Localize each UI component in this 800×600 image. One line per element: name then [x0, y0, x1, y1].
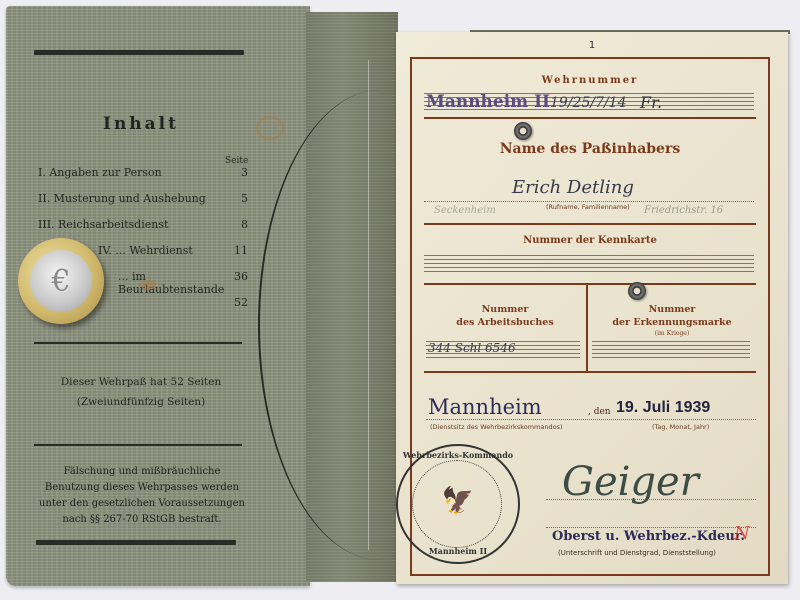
fold-line — [368, 60, 369, 550]
bottom-rule — [36, 540, 236, 545]
top-rule — [34, 50, 244, 55]
rank-caption: (Unterschrift und Dienstgrad, Dienststel… — [558, 549, 716, 557]
divider — [424, 371, 756, 373]
stain — [256, 116, 284, 140]
divider — [424, 117, 756, 119]
seite-label: Seite — [225, 156, 248, 166]
eyelet — [514, 122, 532, 140]
warning-text: Fälschung und mißbräuchliche Benutzung d… — [38, 464, 246, 528]
wehrnummer-value: 19/25/7/14 — [550, 95, 627, 111]
arbeitsbuch-value: 344 Schl 6546 — [428, 341, 516, 355]
dotted-line — [546, 527, 756, 528]
toc-title: Inhalt — [6, 114, 276, 134]
divider — [424, 223, 756, 225]
erkennungsmarke-lines — [592, 341, 750, 361]
red-mark: N — [734, 523, 750, 544]
place-caption: (Dienstsitz des Wehrbezirkskommandos) — [430, 423, 563, 431]
toc-item: I. Angaben zur Person 3 — [38, 166, 248, 179]
pages-note-words: (Zweiundfünfzig Seiten) — [6, 396, 276, 408]
pages-note: Dieser Wehrpaß hat 52 Seiten — [6, 376, 276, 388]
euro-coin: € — [18, 238, 104, 324]
faint-text: Friedrichstr. 16 — [644, 205, 723, 216]
name-caption: (Rufname, Familienname) — [546, 203, 630, 211]
seal-text-bottom: Mannheim II — [398, 546, 518, 556]
toc-item: II. Musterung und Aushebung 5 — [38, 192, 248, 205]
erkennungsmarke-label: Nummer der Erkennungsmarke (im Kriege) — [588, 303, 756, 338]
eagle-icon: € — [30, 250, 92, 312]
kennkarte-label: Nummer der Kennkarte — [412, 235, 768, 246]
divider — [34, 444, 242, 446]
arbeitsbuch-label: Nummer des Arbeitsbuches — [424, 303, 586, 329]
date-caption: (Tag, Monat, Jahr) — [652, 423, 709, 431]
eyelet — [628, 282, 646, 300]
wehrnummer-stamp: Mannheim II — [426, 92, 550, 112]
date-value: 19. Juli 1939 — [616, 399, 710, 417]
rank-value: Oberst u. Wehrbez.-Kdeur. — [552, 529, 745, 544]
wehrnummer-initial: Fr. — [640, 93, 662, 112]
eagle-icon: 🦅 — [398, 486, 518, 516]
den-label: , den — [588, 407, 611, 417]
stain — [140, 280, 156, 290]
dotted-line — [426, 419, 756, 420]
kennkarte-lines — [424, 255, 754, 275]
divider — [34, 342, 242, 344]
dotted-line — [424, 201, 754, 202]
seal-text-top: Wehrbezirks-Kommando — [398, 450, 518, 460]
id-page: 1 Wehrnummer Mannheim II 19/25/7/14 Fr. … — [396, 32, 788, 584]
name-value: Erich Detling — [512, 177, 634, 198]
name-label: Name des Paßinhabers — [412, 141, 768, 157]
page-number: 1 — [396, 40, 788, 51]
divider — [424, 283, 756, 285]
faint-text: Seckenheim — [434, 205, 496, 216]
official-seal: Wehrbezirks-Kommando 🦅 Mannheim II — [396, 444, 520, 564]
toc-item: III. Reichsarbeitsdienst 8 — [38, 218, 248, 231]
wehrnummer-label: Wehrnummer — [412, 75, 768, 86]
place-value: Mannheim — [428, 395, 542, 419]
signature: Geiger — [562, 459, 699, 505]
